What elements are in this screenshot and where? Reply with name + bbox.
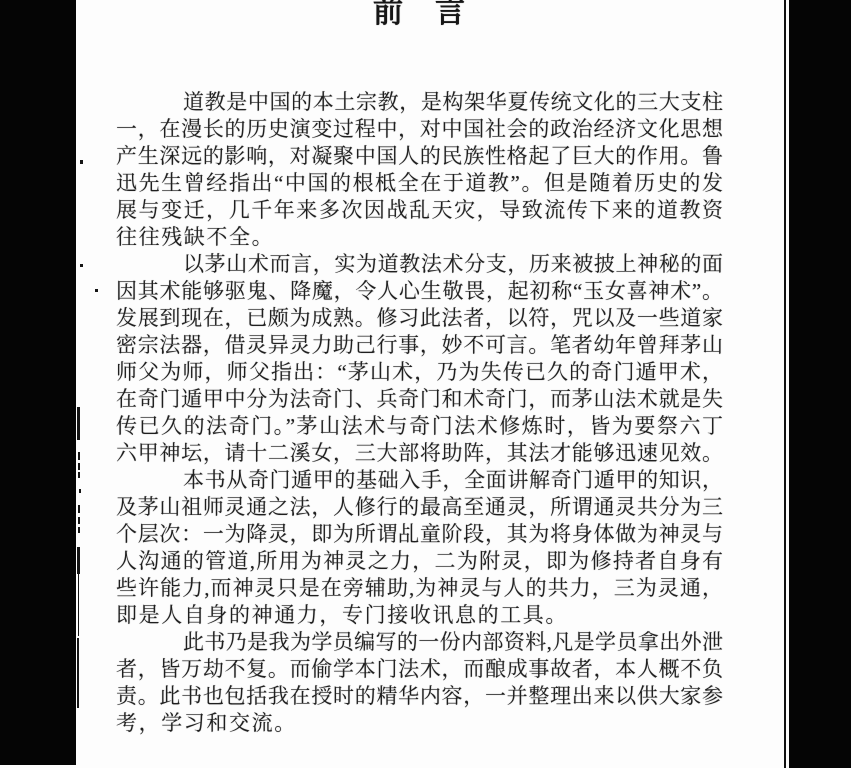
text-line: 此书乃是我为学员编写的一份内部资料,凡是学员拿出外泄	[116, 629, 723, 656]
scan-artifact	[80, 160, 83, 164]
text-line: 及茅山祖师灵通之法，人修行的最高至通灵，所谓通灵共分为三	[116, 494, 723, 521]
text-line: 传已久的法奇门。”茅山法术与奇门法术修炼时，皆为要祭六丁	[116, 413, 723, 440]
text-line: 些许能力,而神灵只是在旁辅助,为神灵与人的共力，三为灵通，	[116, 575, 723, 602]
text-line: 产生深远的影响，对凝聚中国人的民族性格起了巨大的作用。鲁	[116, 143, 723, 170]
scan-artifact	[80, 264, 83, 267]
text-line: 密宗法器，借灵异灵力助己行事，妙不可言。笔者幼年曾拜茅山	[116, 332, 723, 359]
text-line: 发展到现在，已颇为成熟。修习此法者，以符，咒以及一些道家	[116, 305, 723, 332]
scan-artifact	[78, 574, 79, 636]
text-line: 师父为师，师父指出：“茅山术，乃为失传已久的奇门遁甲术，	[116, 359, 723, 386]
text-line: 以茅山术而言，实为道教法术分支，历来被披上神秘的面纱，	[116, 251, 723, 278]
scan-artifact	[78, 517, 80, 524]
text-line: 一，在漫长的历史演变过程中，对中国社会的政治经济文化思想	[116, 116, 723, 143]
scan-artifact	[95, 289, 98, 292]
page-title: 前 言	[116, 0, 723, 31]
text-line: 在奇门遁甲中分为法奇门、兵奇门和术奇门，而茅山法术就是失	[116, 386, 723, 413]
scan-artifact	[78, 452, 80, 460]
text-line: 考，学习和交流。	[116, 710, 723, 737]
scan-artifact	[79, 489, 81, 493]
text-line: 个层次：一为降灵，即为所谓乩童阶段，其为将身体做为神灵与	[116, 521, 723, 548]
scan-artifact	[77, 638, 79, 708]
text-line: 即是人自身的神通力，专门接收讯息的工具。	[116, 602, 723, 629]
text-line: 责。此书也包括我在授时的精华内容，一并整理出来以供大家参	[116, 683, 723, 710]
scan-artifact	[77, 547, 80, 574]
text-line: 人沟通的管道,所用为神灵之力，二为附灵，即为修持者自身有	[116, 548, 723, 575]
text-line: 者，皆万劫不复。而偷学本门法术，而酿成事故者，本人概不负	[116, 656, 723, 683]
scan-artifact	[78, 472, 80, 478]
scan-artifact	[78, 463, 80, 470]
scanned-page: 前 言 道教是中国的本土宗教，是构架华夏传统文化的三大支柱之一，在漫长的历史演变…	[0, 0, 851, 768]
text-line: 展与变迁，几千年来多次因战乱天灾，导致流传下来的道教资料，	[116, 197, 723, 224]
scan-edge-line-right	[784, 0, 786, 768]
text-line: 迅先生曾经指出“中国的根柢全在于道教”。但是随着历史的发	[116, 170, 723, 197]
text-line: 六甲神坛，请十二溪女，三大部将助阵，其法才能够迅速见效。	[116, 440, 723, 467]
scan-artifact	[78, 527, 80, 533]
scan-border-right	[789, 0, 851, 768]
scan-artifact	[77, 407, 80, 440]
text-line: 往往残缺不全。	[116, 224, 723, 251]
scan-border-left	[0, 0, 76, 765]
text-line: 道教是中国的本土宗教，是构架华夏传统文化的三大支柱之	[116, 89, 723, 116]
text-line: 本书从奇门遁甲的基础入手，全面讲解奇门遁甲的知识，以	[116, 467, 723, 494]
text-block: 道教是中国的本土宗教，是构架华夏传统文化的三大支柱之一，在漫长的历史演变过程中，…	[116, 89, 723, 737]
text-line: 因其术能够驱鬼、降魔，令人心生敬畏，起初称“玉女喜神术”。	[116, 278, 723, 305]
scan-artifact	[78, 505, 80, 513]
